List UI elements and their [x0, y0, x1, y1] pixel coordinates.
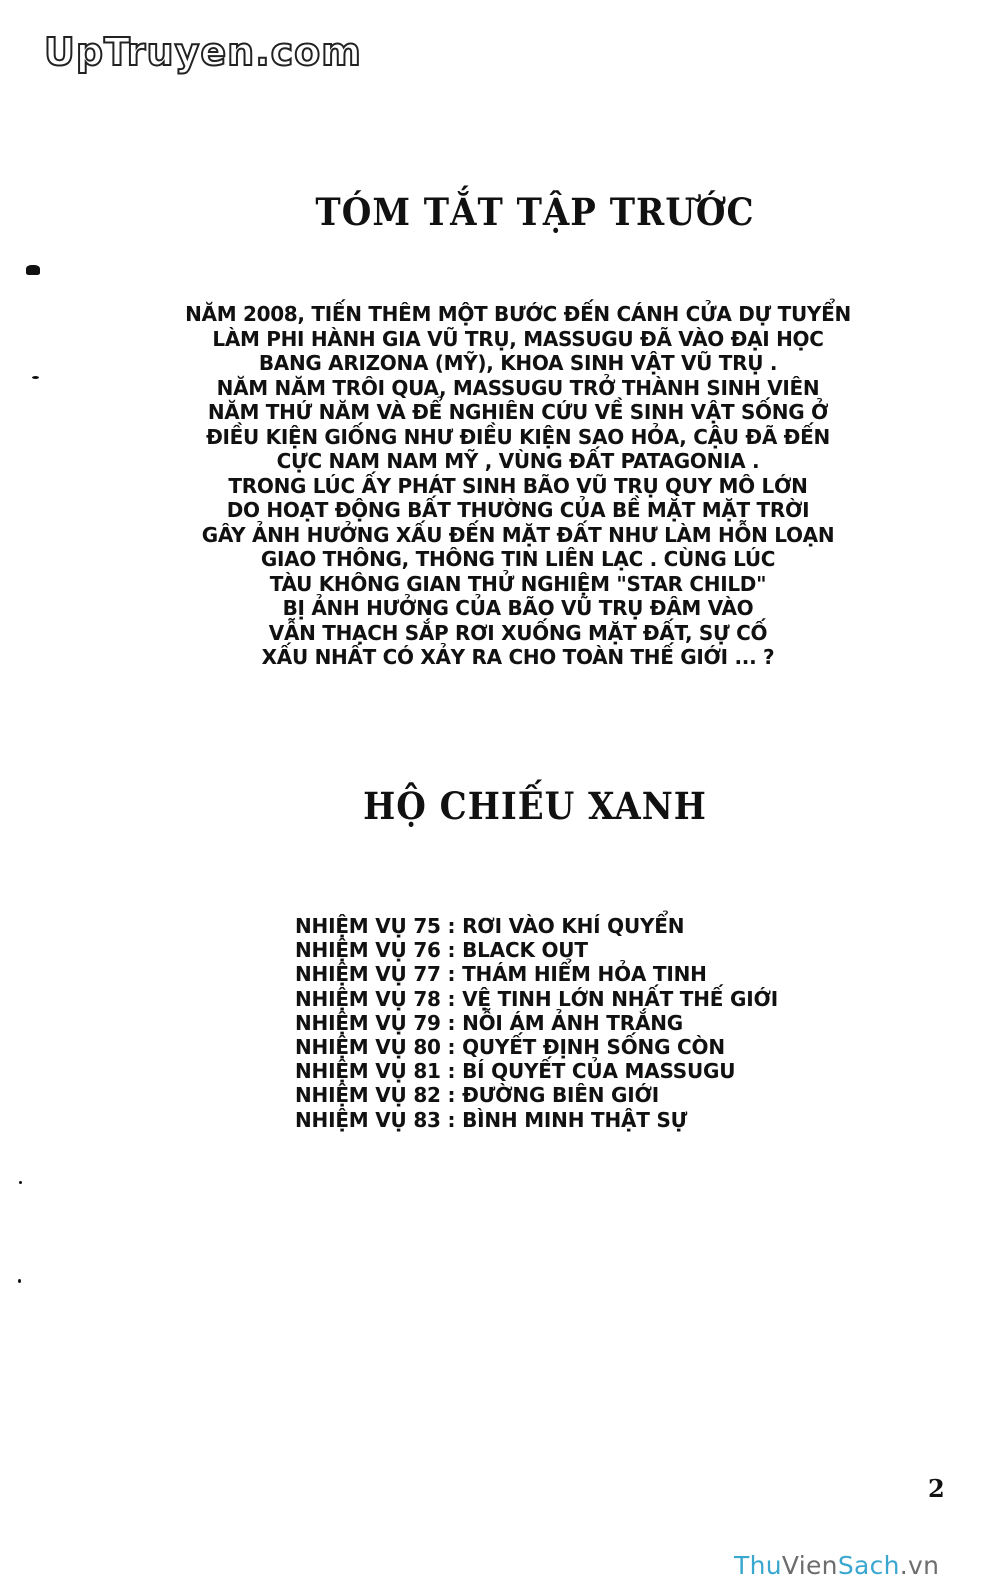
- mission-title: BLACK OUT: [462, 938, 588, 962]
- summary-line: DO HOẠT ĐỘNG BẤT THƯỜNG CỦA BỀ MẶT MẶT T…: [0, 498, 999, 523]
- mission-label: NHIỆM VỤ 80: [295, 1035, 441, 1059]
- watermark-part: Sach: [838, 1551, 900, 1580]
- mission-item: NHIỆM VỤ 77 : THÁM HIỂM HỎA TINH: [295, 962, 778, 986]
- summary-line: BANG ARIZONA (MỸ), KHOA SINH VẬT VŨ TRỤ …: [0, 351, 999, 376]
- mission-title: VỆ TINH LỚN NHẤT THẾ GIỚI: [462, 987, 778, 1011]
- mission-separator: :: [441, 1059, 462, 1083]
- mission-title: QUYẾT ĐỊNH SỐNG CÒN: [462, 1035, 725, 1059]
- mission-label: NHIỆM VỤ 81: [295, 1059, 441, 1083]
- mission-title: BÍ QUYẾT CỦA MASSUGU: [462, 1059, 735, 1083]
- mission-separator: :: [441, 962, 462, 986]
- summary-line: TÀU KHÔNG GIAN THỬ NGHIỆM "STAR CHILD": [0, 572, 999, 597]
- summary-line: BỊ ẢNH HƯỞNG CỦA BÃO VŨ TRỤ ĐÂM VÀO: [0, 596, 999, 621]
- mission-title: THÁM HIỂM HỎA TINH: [462, 962, 707, 986]
- mission-title: NỖI ÁM ẢNH TRẮNG: [462, 1011, 683, 1035]
- mission-separator: :: [441, 1108, 462, 1132]
- mission-title: RƠI VÀO KHÍ QUYỂN: [462, 914, 684, 938]
- mission-label: NHIỆM VỤ 83: [295, 1108, 441, 1132]
- mission-separator: :: [441, 1035, 462, 1059]
- watermark-part: .vn: [900, 1551, 940, 1580]
- mission-title: BÌNH MINH THẬT SỰ: [462, 1108, 687, 1132]
- summary-line: XẤU NHẤT CÓ XẢY RA CHO TOÀN THẾ GIỚI ...…: [0, 645, 999, 670]
- mission-label: NHIỆM VỤ 82: [295, 1083, 441, 1107]
- mission-label: NHIỆM VỤ 78: [295, 987, 441, 1011]
- mission-item: NHIỆM VỤ 81 : BÍ QUYẾT CỦA MASSUGU: [295, 1059, 778, 1083]
- mission-separator: :: [441, 914, 462, 938]
- mission-label: NHIỆM VỤ 76: [295, 938, 441, 962]
- thuviensach-watermark: ThuVienSach.vn: [734, 1551, 939, 1580]
- summary-line: NĂM NĂM TRÔI QUA, MASSUGU TRỞ THÀNH SINH…: [0, 376, 999, 401]
- scan-speck: [26, 265, 40, 275]
- mission-label: NHIỆM VỤ 79: [295, 1011, 441, 1035]
- contents-title: HỘ CHIẾU XANH: [0, 785, 999, 829]
- summary-line: VẪN THẠCH SẮP RƠI XUỐNG MẶT ĐẤT, SỰ CỐ: [0, 621, 999, 646]
- scan-speck: [32, 376, 39, 379]
- mission-item: NHIỆM VỤ 83 : BÌNH MINH THẬT SỰ: [295, 1108, 778, 1132]
- scan-speck: [18, 1279, 21, 1283]
- page-number: 2: [928, 1474, 945, 1503]
- mission-list: NHIỆM VỤ 75 : RƠI VÀO KHÍ QUYỂNNHIỆM VỤ …: [295, 914, 778, 1132]
- previous-volume-summary: NĂM 2008, TIẾN THÊM MỘT BƯỚC ĐẾN CÁNH CỬ…: [0, 302, 999, 670]
- summary-line: NĂM 2008, TIẾN THÊM MỘT BƯỚC ĐẾN CÁNH CỬ…: [0, 302, 999, 327]
- summary-line: GIAO THÔNG, THÔNG TIN LIÊN LẠC . CÙNG LÚ…: [0, 547, 999, 572]
- summary-line: CỰC NAM NAM MỸ , VÙNG ĐẤT PATAGONIA .: [0, 449, 999, 474]
- scan-speck: [19, 1181, 22, 1184]
- mission-item: NHIỆM VỤ 80 : QUYẾT ĐỊNH SỐNG CÒN: [295, 1035, 778, 1059]
- summary-line: GÂY ẢNH HƯỞNG XẤU ĐẾN MẶT ĐẤT NHƯ LÀM HỖ…: [0, 523, 999, 548]
- mission-separator: :: [441, 987, 462, 1011]
- summary-line: ĐIỀU KIỆN GIỐNG NHƯ ĐIỀU KIỆN SAO HỎA, C…: [0, 425, 999, 450]
- mission-item: NHIỆM VỤ 76 : BLACK OUT: [295, 938, 778, 962]
- mission-label: NHIỆM VỤ 75: [295, 914, 441, 938]
- mission-label: NHIỆM VỤ 77: [295, 962, 441, 986]
- watermark-part: Thu: [734, 1551, 782, 1580]
- mission-item: NHIỆM VỤ 79 : NỖI ÁM ẢNH TRẮNG: [295, 1011, 778, 1035]
- mission-item: NHIỆM VỤ 78 : VỆ TINH LỚN NHẤT THẾ GIỚI: [295, 987, 778, 1011]
- watermark-part: Vien: [782, 1551, 838, 1580]
- mission-separator: :: [441, 1083, 462, 1107]
- mission-separator: :: [441, 1011, 462, 1035]
- summary-line: NĂM THỨ NĂM VÀ ĐỂ NGHIÊN CỨU VỀ SINH VẬT…: [0, 400, 999, 425]
- uptruyen-logo: UpTruyen.com: [44, 30, 362, 74]
- mission-separator: :: [441, 938, 462, 962]
- summary-line: TRONG LÚC ẤY PHÁT SINH BÃO VŨ TRỤ QUY MÔ…: [0, 474, 999, 499]
- summary-line: LÀM PHI HÀNH GIA VŨ TRỤ, MASSUGU ĐÃ VÀO …: [0, 327, 999, 352]
- summary-title: TÓM TẮT TẬP TRƯỚC: [0, 191, 999, 235]
- mission-item: NHIỆM VỤ 82 : ĐƯỜNG BIÊN GIỚI: [295, 1083, 778, 1107]
- mission-item: NHIỆM VỤ 75 : RƠI VÀO KHÍ QUYỂN: [295, 914, 778, 938]
- mission-title: ĐƯỜNG BIÊN GIỚI: [462, 1083, 659, 1107]
